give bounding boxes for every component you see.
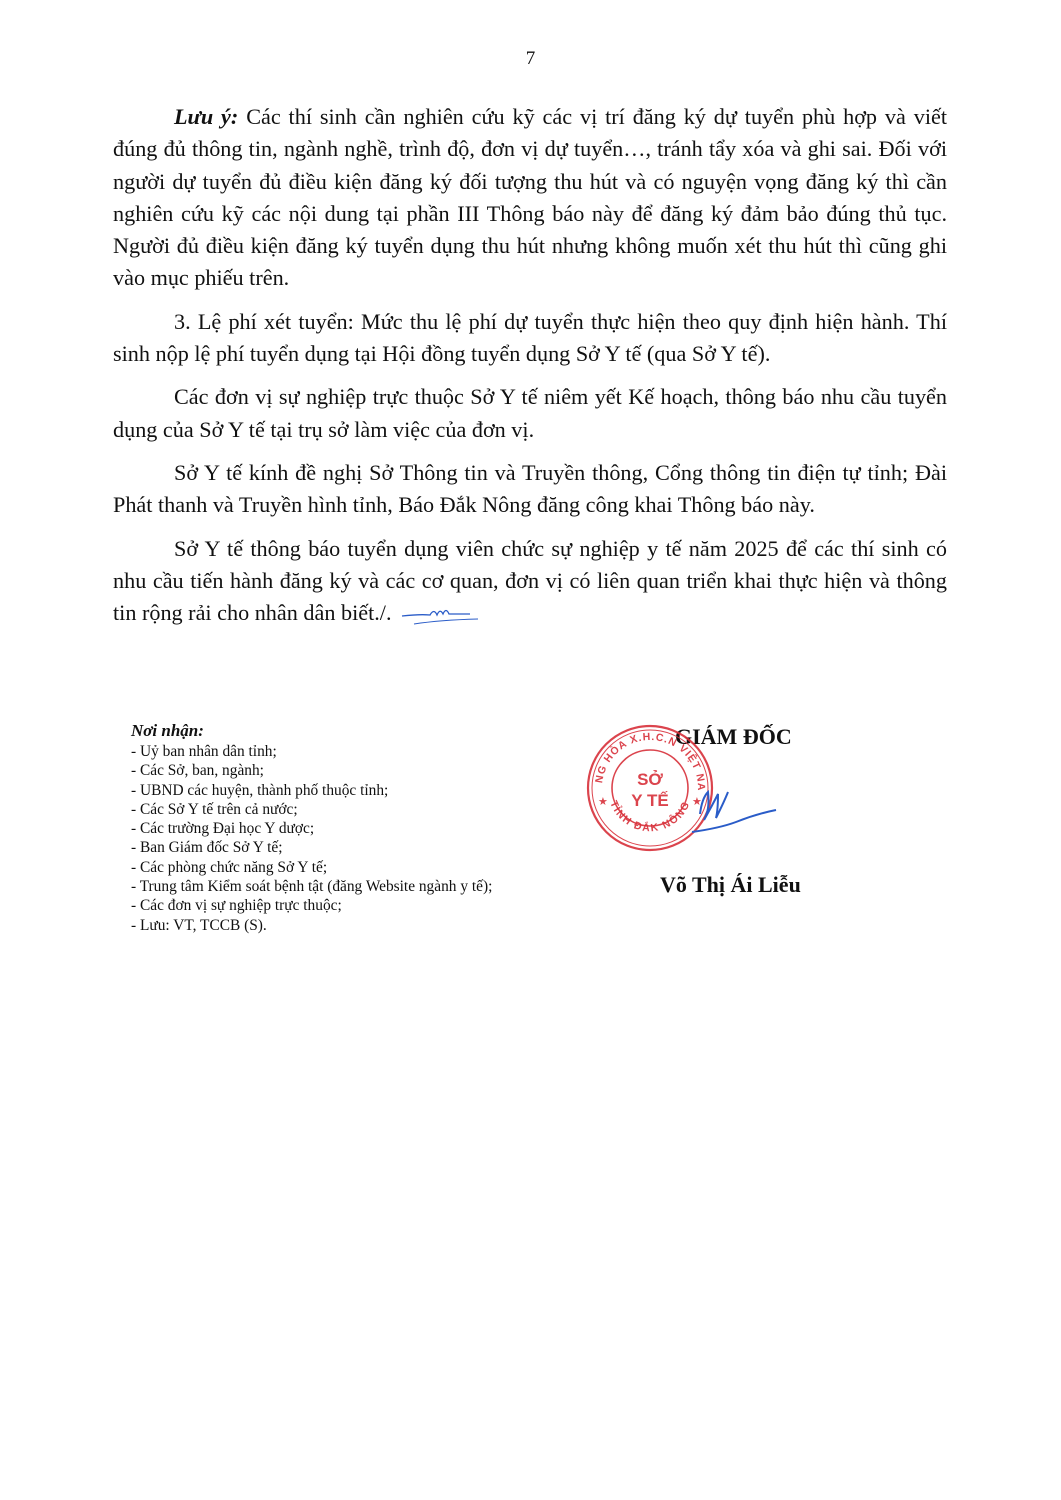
signature-block: GIÁM ĐỐC CỘNG HÒA X.H.C.N VIỆT NAM TỈNH …: [580, 700, 880, 920]
recipient-item: - Các trường Đại học Y dược;: [131, 819, 541, 838]
svg-text:SỞ: SỞ: [637, 770, 663, 789]
recipient-item: - Lưu: VT, TCCB (S).: [131, 916, 541, 935]
recipient-item: - Uỷ ban nhân dân tỉnh;: [131, 742, 541, 761]
recipient-item: - Các phòng chức năng Sở Y tế;: [131, 858, 541, 877]
recipient-item: - Các Sở Y tế trên cả nước;: [131, 800, 541, 819]
recipients-title: Nơi nhận:: [131, 720, 541, 742]
note-label: Lưu ý:: [174, 104, 238, 129]
recipient-item: - Các đơn vị sự nghiệp trực thuộc;: [131, 896, 541, 915]
svg-text:Y TẾ: Y TẾ: [631, 791, 668, 810]
note-text: Các thí sinh cần nghiên cứu kỹ các vị tr…: [113, 104, 947, 290]
recipient-item: - Các Sở, ban, ngành;: [131, 761, 541, 780]
svg-text:★: ★: [598, 796, 608, 808]
recipients-block: Nơi nhận: - Uỷ ban nhân dân tỉnh; - Các …: [131, 720, 541, 935]
fee-paragraph: 3. Lệ phí xét tuyển: Mức thu lệ phí dự t…: [113, 306, 947, 371]
posting-paragraph: Các đơn vị sự nghiệp trực thuộc Sở Y tế …: [113, 381, 947, 446]
recipient-item: - Ban Giám đốc Sở Y tế;: [131, 838, 541, 857]
recipient-item: - UBND các huyện, thành phố thuộc tỉnh;: [131, 781, 541, 800]
handwritten-signature-icon: [690, 780, 780, 840]
recipient-item: - Trung tâm Kiểm soát bệnh tật (đăng Web…: [131, 877, 541, 896]
publication-request-paragraph: Sở Y tế kính đề nghị Sở Thông tin và Tru…: [113, 457, 947, 522]
signer-name: Võ Thị Ái Liễu: [660, 872, 801, 898]
closing-text: Sở Y tế thông báo tuyển dụng viên chức s…: [113, 536, 947, 626]
initial-signature-icon: [400, 604, 480, 626]
note-paragraph: Lưu ý: Các thí sinh cần nghiên cứu kỹ cá…: [113, 101, 947, 295]
page-number: 7: [0, 48, 1061, 70]
closing-paragraph: Sở Y tế thông báo tuyển dụng viên chức s…: [113, 533, 947, 630]
document-body: Lưu ý: Các thí sinh cần nghiên cứu kỹ cá…: [113, 101, 947, 629]
